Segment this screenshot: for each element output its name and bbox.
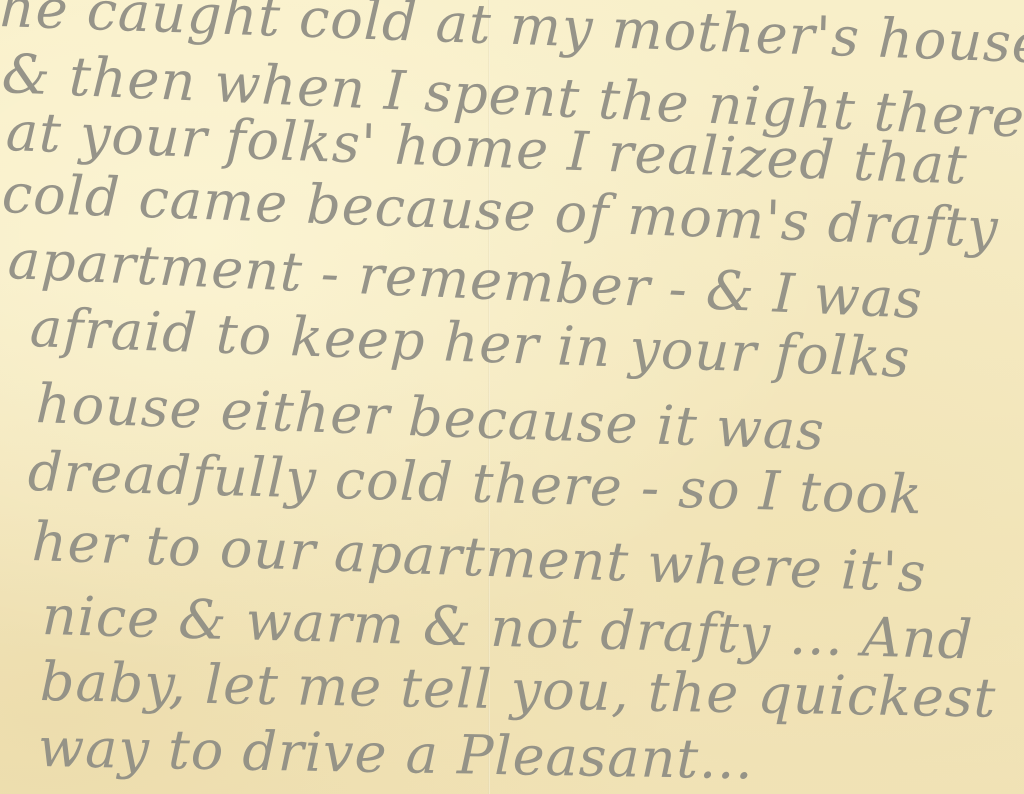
handwritten-line: way to drive a Pleasant... [37,716,754,791]
letter-page: he caught cold at my mother's house, & t… [0,0,1024,794]
